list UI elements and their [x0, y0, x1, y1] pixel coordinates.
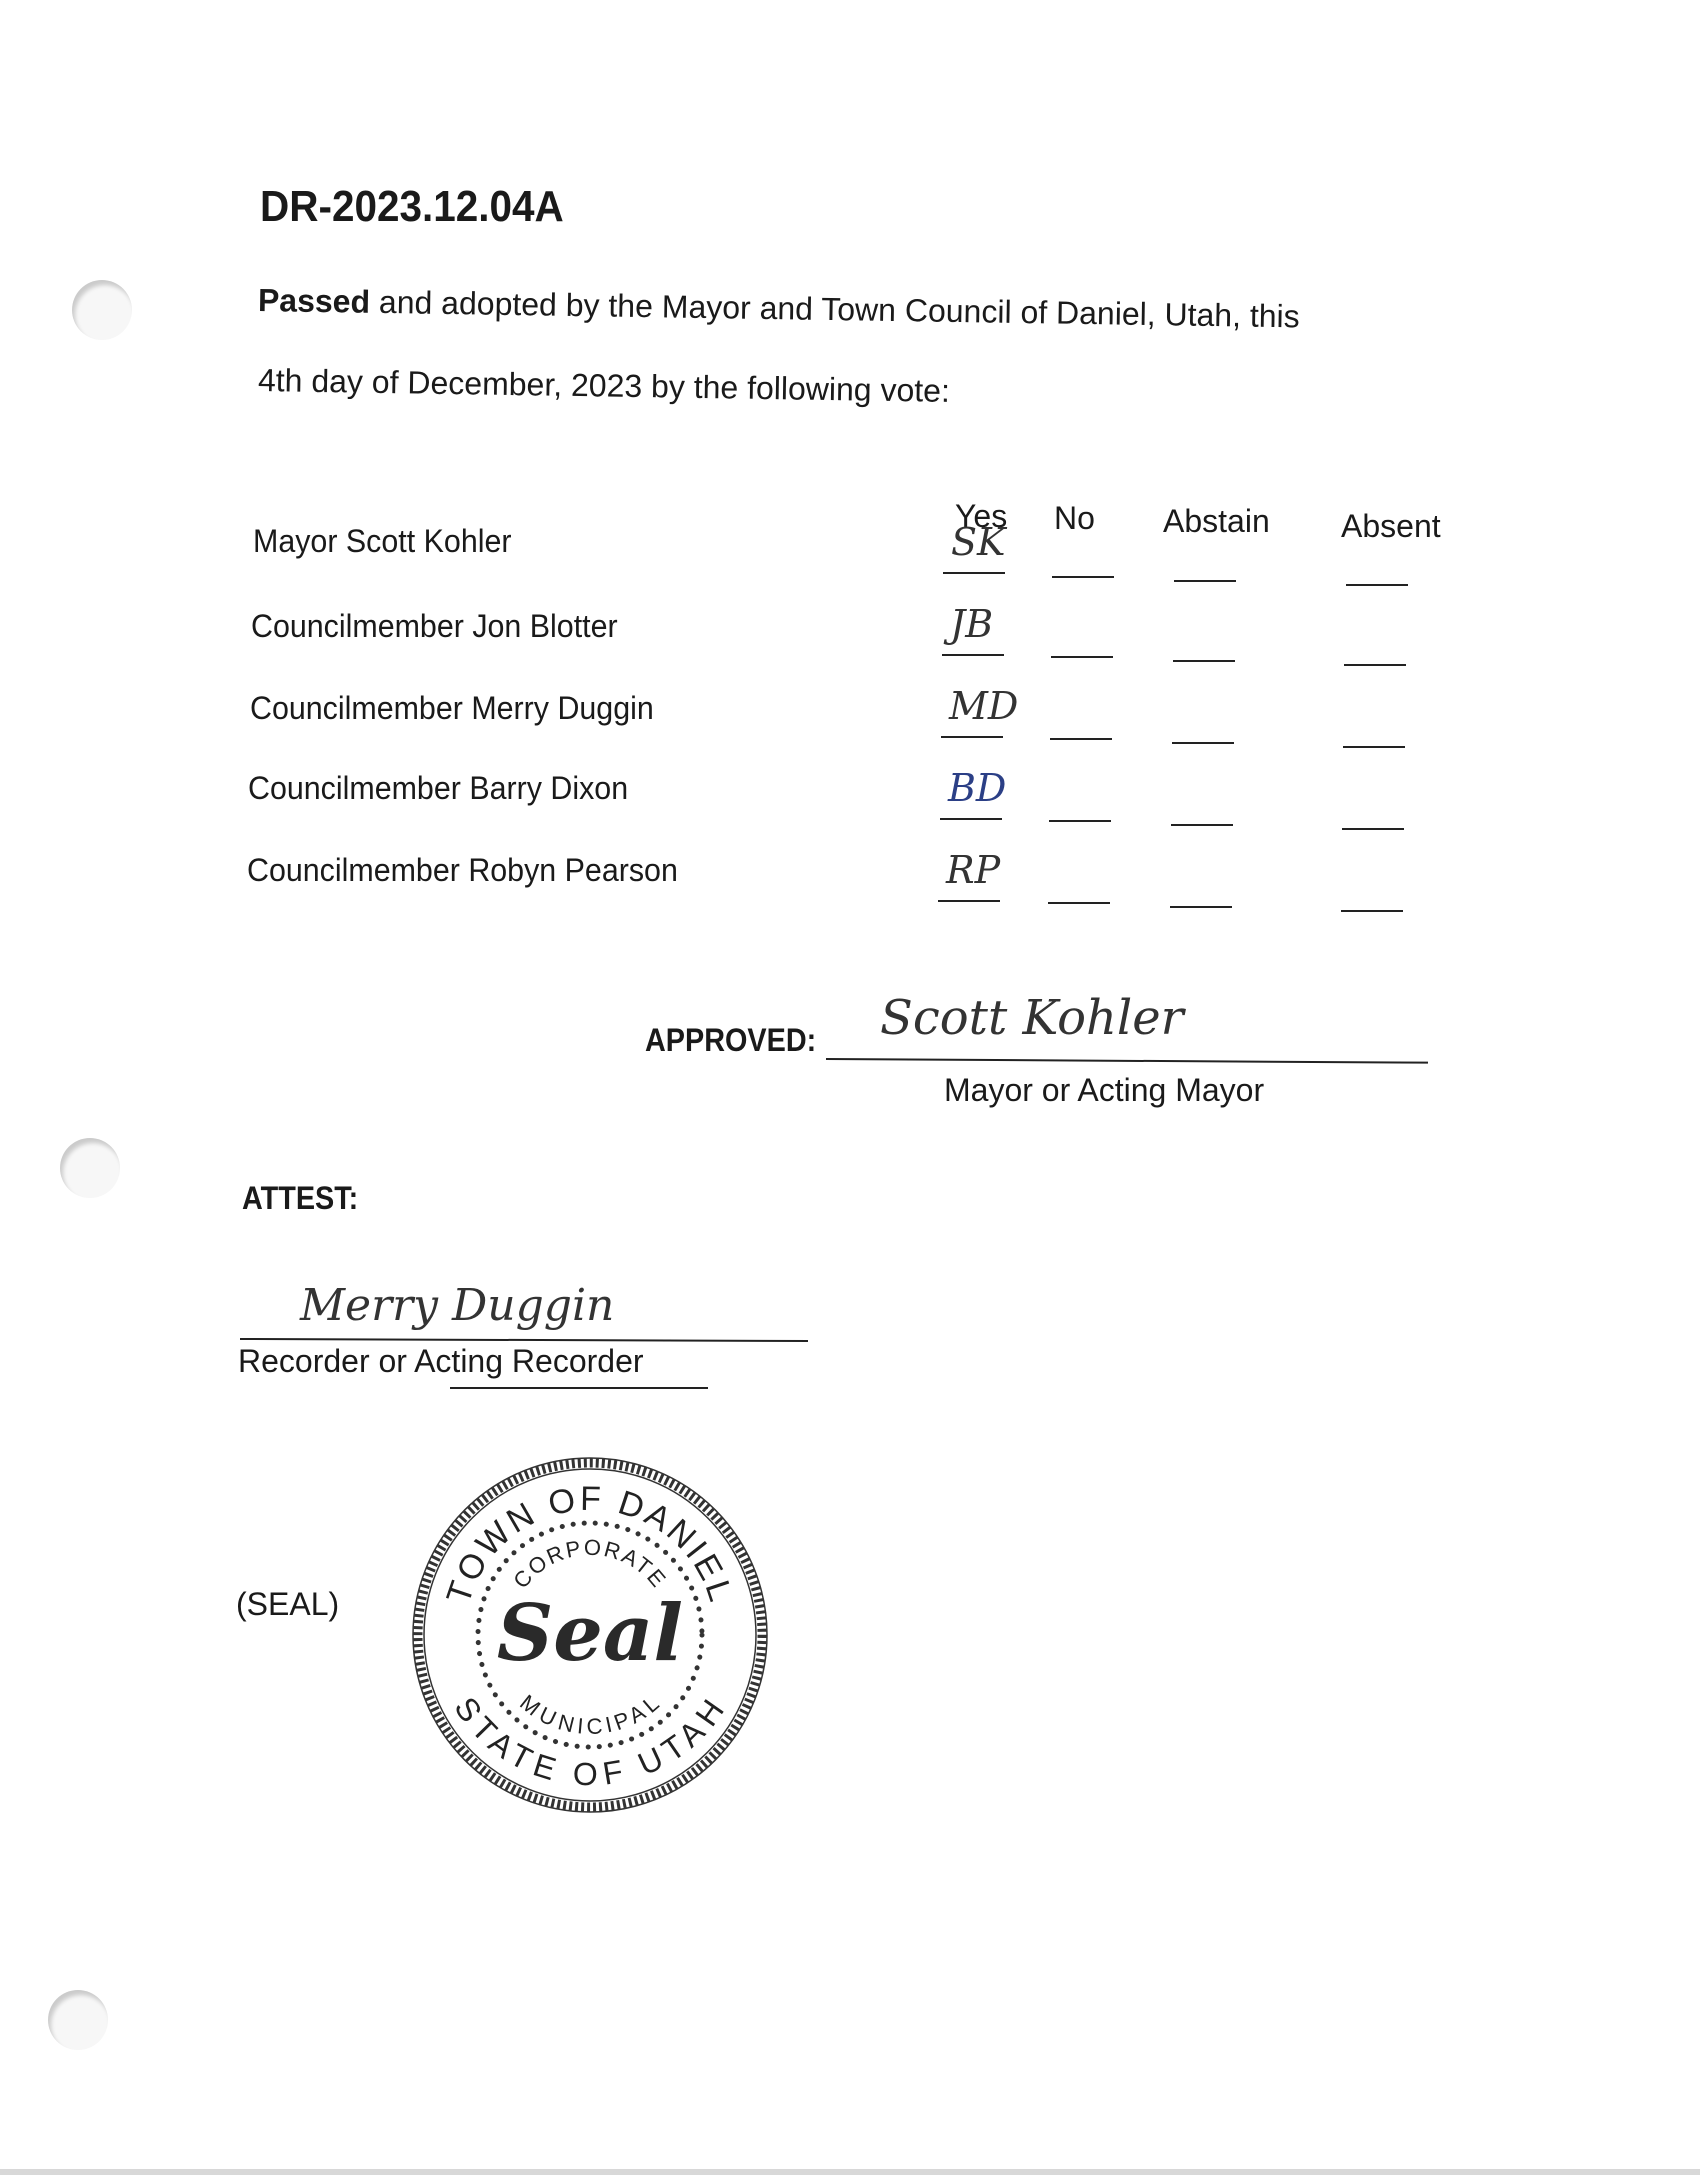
recorder-signature: Merry Duggin	[300, 1280, 614, 1331]
vote-blank-absent	[1342, 828, 1404, 830]
member-name: Councilmember Merry Duggin	[250, 690, 654, 727]
vote-blank-no	[1051, 656, 1113, 658]
vote-blank-no	[1052, 576, 1114, 578]
scan-edge	[0, 2169, 1700, 2175]
approved-label: APPROVED:	[645, 1022, 816, 1059]
svg-text:CORPORATE: CORPORATE	[508, 1535, 672, 1593]
town-seal: TOWN OF DANIEL STATE OF UTAH CORPORATE M…	[405, 1450, 775, 1820]
acting-recorder-underline	[450, 1387, 708, 1389]
approval-signature-line	[826, 1058, 1428, 1064]
resolution-id: DR-2023.12.04A	[260, 182, 564, 232]
column-header-abstain: Abstain	[1163, 503, 1270, 540]
vote-blank-yes	[943, 572, 1005, 574]
vote-initials: JB	[950, 602, 993, 646]
vote-blank-yes	[938, 900, 1000, 902]
column-header-no: No	[1054, 500, 1095, 537]
vote-initials: MD	[949, 684, 1018, 728]
vote-blank-absent	[1341, 910, 1403, 912]
vote-blank-absent	[1344, 664, 1406, 666]
vote-blank-abstain	[1172, 742, 1234, 744]
member-name: Councilmember Barry Dixon	[248, 770, 628, 807]
vote-blank-yes	[941, 736, 1003, 738]
punch-hole	[72, 280, 132, 340]
member-name: Mayor Scott Kohler	[253, 523, 512, 560]
seal-label: (SEAL)	[236, 1586, 339, 1623]
seal-center-text: Seal	[497, 1588, 683, 1679]
approval-caption: Mayor or Acting Mayor	[944, 1072, 1264, 1109]
vote-blank-abstain	[1170, 906, 1232, 908]
svg-text:MUNICIPAL: MUNICIPAL	[515, 1689, 665, 1739]
member-name: Councilmember Robyn Pearson	[247, 852, 678, 889]
member-name: Councilmember Jon Blotter	[251, 608, 618, 645]
seal-inner-top: CORPORATE	[508, 1535, 672, 1593]
vote-blank-absent	[1346, 584, 1408, 586]
column-header-absent: Absent	[1341, 508, 1441, 545]
vote-initials: SK	[951, 520, 1005, 564]
mayor-signature: Scott Kohler	[880, 990, 1184, 1046]
passed-bold: Passed	[258, 282, 371, 320]
punch-hole	[60, 1138, 120, 1198]
vote-blank-no	[1050, 738, 1112, 740]
vote-blank-yes	[942, 654, 1004, 656]
passed-line1-text: and adopted by the Mayor and Town Counci…	[370, 284, 1300, 335]
passed-paragraph-line2: 4th day of December, 2023 by the followi…	[258, 362, 950, 410]
vote-blank-no	[1048, 902, 1110, 904]
vote-blank-abstain	[1171, 824, 1233, 826]
seal-inner-bottom: MUNICIPAL	[515, 1689, 665, 1739]
attest-signature-line	[240, 1338, 808, 1342]
vote-blank-abstain	[1173, 660, 1235, 662]
vote-initials: RP	[946, 848, 1000, 892]
vote-blank-yes	[940, 818, 1002, 820]
punch-hole	[48, 1990, 108, 2050]
vote-blank-abstain	[1174, 580, 1236, 582]
vote-blank-absent	[1343, 746, 1405, 748]
vote-initials: BD	[948, 766, 1006, 810]
attest-caption: Recorder or Acting Recorder	[238, 1343, 644, 1380]
vote-blank-no	[1049, 820, 1111, 822]
attest-label: ATTEST:	[242, 1180, 358, 1217]
passed-paragraph-line1: Passed and adopted by the Mayor and Town…	[258, 282, 1300, 335]
